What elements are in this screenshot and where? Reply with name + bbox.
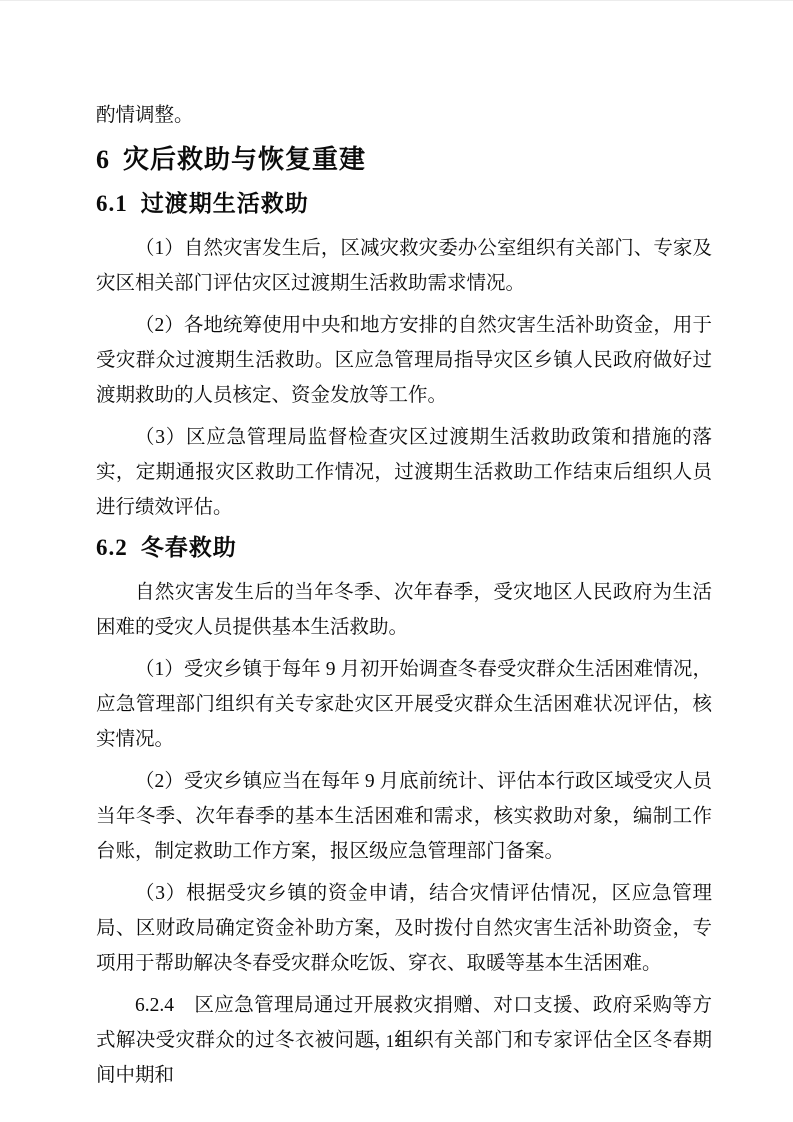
heading-number: 6.2	[96, 535, 128, 560]
continuation-paragraph: 酌情调整。	[96, 98, 712, 133]
page-footer: – 18 –	[0, 1029, 793, 1053]
heading-title: 冬春救助	[141, 535, 237, 560]
section-heading: 6灾后救助与恢复重建	[96, 139, 712, 181]
paragraph: （2）各地统筹使用中央和地方安排的自然灾害生活补助资金，用于受灾群众过渡期生活救…	[96, 308, 712, 413]
heading-number: 6	[96, 145, 110, 174]
document-body: 酌情调整。6灾后救助与恢复重建6.1过渡期生活救助（1）自然灾害发生后，区减灾救…	[96, 1, 712, 1093]
heading-title: 灾后救助与恢复重建	[123, 145, 366, 174]
paragraph: （3）区应急管理局监督检查灾区过渡期生活救助政策和措施的落实，定期通报灾区救助工…	[96, 420, 712, 525]
page-number: – 18 –	[368, 1031, 425, 1051]
heading-number: 6.1	[96, 191, 128, 216]
paragraph: （3）根据受灾乡镇的资金申请，结合灾情评估情况，区应急管理局、区财政局确定资金补…	[96, 876, 712, 981]
paragraph: （2）受灾乡镇应当在每年 9 月底前统计、评估本行政区域受灾人员当年冬季、次年春…	[96, 764, 712, 869]
subsection-heading: 6.2冬春救助	[96, 528, 712, 568]
paragraph: （1）受灾乡镇于每年 9 月初开始调查冬春受灾群众生活困难情况，应急管理部门组织…	[96, 652, 712, 757]
document-page: 酌情调整。6灾后救助与恢复重建6.1过渡期生活救助（1）自然灾害发生后，区减灾救…	[0, 0, 793, 1122]
subsection-heading: 6.1过渡期生活救助	[96, 184, 712, 224]
heading-title: 过渡期生活救助	[141, 191, 309, 216]
paragraph: （1）自然灾害发生后，区减灾救灾委办公室组织有关部门、专家及灾区相关部门评估灾区…	[96, 231, 712, 301]
paragraph: 自然灾害发生后的当年冬季、次年春季，受灾地区人民政府为生活困难的受灾人员提供基本…	[96, 575, 712, 645]
